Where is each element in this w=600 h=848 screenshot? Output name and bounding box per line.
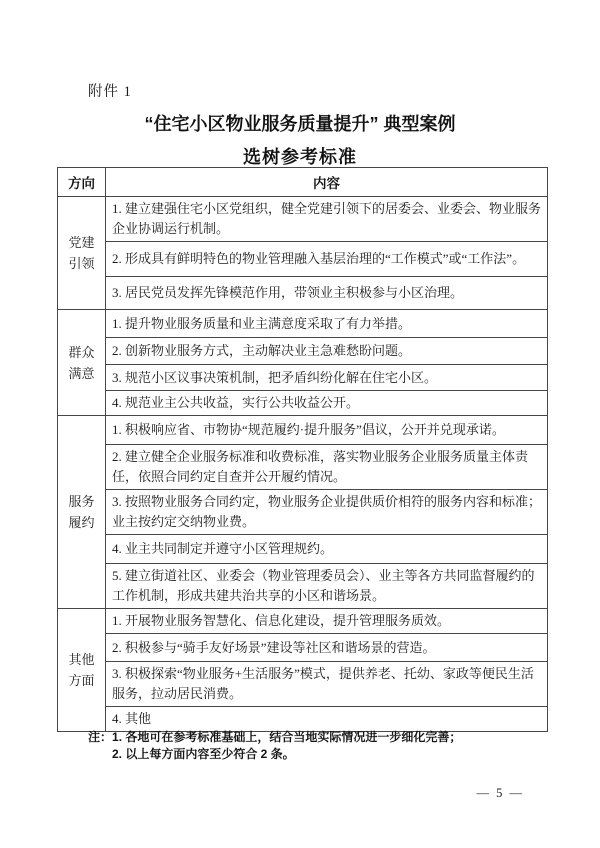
table-cell: 1. 建立建强住宅小区党组织，健全党建引领下的居委会、业委会、物业服务企业协调运… — [106, 197, 548, 242]
table-cell: 2. 建立健全企业服务标准和收费标准，落实物业服务企业服务质量主体责任，依照合同… — [106, 445, 548, 490]
table-cell: 2. 创新物业服务方式，主动解决业主急难愁盼问题。 — [106, 338, 548, 365]
document-title-line1: “住宅小区物业服务质量提升” 典型案例 — [0, 110, 600, 136]
table-row: 3. 按照物业服务合同约定，物业服务企业提供质价相符的服务内容和标准；业主按约定… — [58, 490, 548, 535]
table-row: 2. 积极参与“骑手友好场景”建设等社区和谐场景的营造。 — [58, 634, 548, 662]
section-label-line: 履约 — [68, 515, 94, 530]
section-label-party-building: 党建引领 — [58, 197, 106, 310]
section-label-line: 满意 — [68, 366, 94, 381]
table-cell: 1. 积极响应省、市物协“规范履约·提升服务”倡议，公开并兑现承诺。 — [106, 416, 548, 445]
section-label-service-performance: 服务履约 — [58, 416, 106, 609]
table-row: 党建引领 1. 建立建强住宅小区党组织，健全党建引领下的居委会、业委会、物业服务… — [58, 197, 548, 242]
table-cell: 1. 提升物业服务质量和业主满意度采取了有力举措。 — [106, 310, 548, 338]
section-label-line: 其他 — [68, 652, 94, 667]
table-cell: 5. 建立街道社区、业委会（物业管理委员会）、业主等各方共同监督履约的工作机制，… — [106, 564, 548, 609]
table-row: 3. 积极探索“物业服务+生活服务”模式，提供养老、托幼、家政等便民生活服务，拉… — [58, 662, 548, 707]
section-label-other-aspects: 其他方面 — [58, 609, 106, 732]
section-label-line: 引领 — [68, 256, 94, 271]
table-cell: 1. 开展物业服务智慧化、信息化建设，提升管理服务质效。 — [106, 609, 548, 634]
notes-block: 注：1. 各地可在参考标准基础上，结合当地实际情况进一步细化完善； 2. 以上每… — [88, 729, 461, 763]
table-row: 服务履约 1. 积极响应省、市物协“规范履约·提升服务”倡议，公开并兑现承诺。 — [58, 416, 548, 445]
section-label-line: 方面 — [68, 673, 94, 688]
table-row: 3. 规范小区议事决策机制，把矛盾纠纷化解在住宅小区。 — [58, 365, 548, 391]
document-title-line2: 选树参考标准 — [0, 143, 600, 169]
table-cell: 3. 积极探索“物业服务+生活服务”模式，提供养老、托幼、家政等便民生活服务，拉… — [106, 662, 548, 707]
page-number: — 5 — — [477, 786, 525, 801]
table-cell: 2. 形成具有鲜明特色的物业管理融入基层治理的“工作模式”或“工作法”。 — [106, 242, 548, 277]
standards-table: 方向 内容 党建引领 1. 建立建强住宅小区党组织，健全党建引领下的居委会、业委… — [57, 167, 548, 732]
table-row: 4. 规范业主公共收益，实行公共收益公开。 — [58, 391, 548, 416]
column-header-content: 内容 — [106, 168, 548, 197]
note-text: 1. 各地可在参考标准基础上，结合当地实际情况进一步细化完善； — [112, 730, 461, 744]
section-label-line: 群众 — [68, 345, 94, 360]
table-header-row: 方向 内容 — [58, 168, 548, 197]
document-page: 附件 1 “住宅小区物业服务质量提升” 典型案例 选树参考标准 方向 内容 党建… — [0, 0, 600, 848]
note-line-2: 2. 以上每方面内容至少符合 2 条。 — [112, 746, 461, 763]
table-row: 2. 创新物业服务方式，主动解决业主急难愁盼问题。 — [58, 338, 548, 365]
table-cell: 4. 其他 — [106, 707, 548, 732]
attachment-label: 附件 1 — [88, 80, 132, 101]
table-cell: 3. 按照物业服务合同约定，物业服务企业提供质价相符的服务内容和标准；业主按约定… — [106, 490, 548, 535]
table-cell: 4. 业主共同制定并遵守小区管理规约。 — [106, 535, 548, 564]
column-header-direction: 方向 — [58, 168, 106, 197]
table-row: 2. 形成具有鲜明特色的物业管理融入基层治理的“工作模式”或“工作法”。 — [58, 242, 548, 277]
table-cell: 3. 居民党员发挥先锋模范作用，带领业主积极参与小区治理。 — [106, 277, 548, 310]
table-row: 2. 建立健全企业服务标准和收费标准，落实物业服务企业服务质量主体责任，依照合同… — [58, 445, 548, 490]
section-label-public-satisfaction: 群众满意 — [58, 310, 106, 416]
table-row: 5. 建立街道社区、业委会（物业管理委员会）、业主等各方共同监督履约的工作机制，… — [58, 564, 548, 609]
note-label: 注： — [88, 730, 112, 744]
table-row: 4. 其他 — [58, 707, 548, 732]
table-row: 3. 居民党员发挥先锋模范作用，带领业主积极参与小区治理。 — [58, 277, 548, 310]
section-label-line: 服务 — [68, 494, 94, 509]
table-row: 4. 业主共同制定并遵守小区管理规约。 — [58, 535, 548, 564]
table-row: 其他方面 1. 开展物业服务智慧化、信息化建设，提升管理服务质效。 — [58, 609, 548, 634]
table-cell: 2. 积极参与“骑手友好场景”建设等社区和谐场景的营造。 — [106, 634, 548, 662]
note-line-1: 注：1. 各地可在参考标准基础上，结合当地实际情况进一步细化完善； — [88, 729, 461, 746]
section-label-line: 党建 — [68, 235, 94, 250]
table-cell: 3. 规范小区议事决策机制，把矛盾纠纷化解在住宅小区。 — [106, 365, 548, 391]
table-row: 群众满意 1. 提升物业服务质量和业主满意度采取了有力举措。 — [58, 310, 548, 338]
table-cell: 4. 规范业主公共收益，实行公共收益公开。 — [106, 391, 548, 416]
